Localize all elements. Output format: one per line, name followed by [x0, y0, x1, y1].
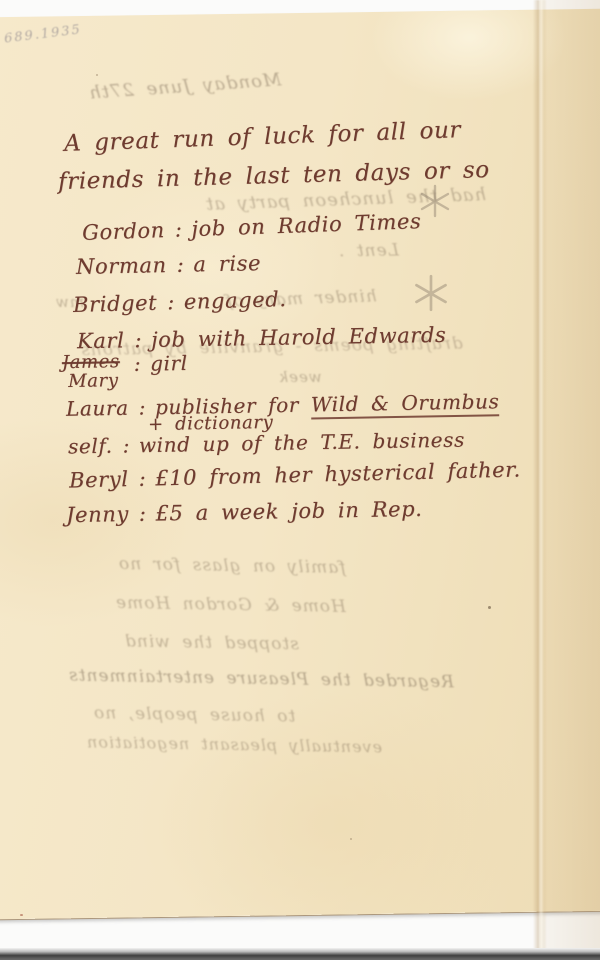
- scanner-edge-strip: [0, 948, 600, 960]
- entry-name: Beryl: [69, 467, 129, 492]
- entry-detail: a rise: [193, 251, 261, 276]
- ink-speck: [20, 914, 23, 916]
- ink-speck: [488, 606, 491, 609]
- entry-detail: engaged.: [183, 287, 286, 314]
- colon: :: [176, 253, 184, 277]
- entry-name: Karl: [77, 328, 125, 353]
- colon: :: [122, 433, 130, 457]
- entry-name-struck: James: [62, 352, 120, 372]
- colon: :: [134, 328, 142, 352]
- entry-detail: girl: [150, 351, 188, 376]
- entry-name: Laura: [66, 396, 129, 421]
- colon: :: [138, 467, 146, 491]
- entry-detail: £5 a week job in Rep.: [155, 497, 422, 526]
- colon: :: [134, 352, 142, 376]
- colon: :: [139, 502, 147, 526]
- show-through-line: stopped the wind: [124, 631, 299, 654]
- show-through-line: Lent .: [338, 240, 399, 261]
- ink-speck: [96, 74, 98, 76]
- entry-name: Norman: [76, 253, 167, 279]
- colon: :: [174, 217, 183, 241]
- entry-name: self.: [68, 434, 113, 459]
- entry-name: Mary: [68, 371, 120, 391]
- entry-detail-underlined: Wild & Orumbus: [311, 389, 500, 419]
- asterisk-icon: [418, 184, 452, 218]
- entry-name: Jenny: [66, 502, 129, 527]
- entry-detail: job with Harold Edwards: [151, 323, 447, 352]
- ink-speck: [350, 838, 352, 840]
- colon: :: [138, 395, 146, 419]
- show-through-line: Home & Gordon Home: [115, 593, 346, 617]
- entry-norman: Norman:a rise: [76, 251, 262, 279]
- colon: :: [167, 290, 175, 314]
- entry-name: Gordon: [82, 218, 165, 245]
- scanned-diary-page: 689.1935 Monday June 27th had the lunche…: [0, 0, 600, 960]
- name-correction: James Mary: [62, 352, 121, 391]
- entry-james-mary: James Mary :girl: [62, 351, 188, 391]
- page-edge-shade: [540, 0, 600, 960]
- entry-detail-wrap: :girl: [124, 351, 188, 376]
- entry-name: Bridget: [73, 291, 158, 317]
- show-through-line: family on glass for no: [118, 554, 346, 578]
- show-through-line: week: [278, 368, 322, 386]
- asterisk-icon: [412, 274, 450, 312]
- show-through-line: to house people, no: [93, 703, 296, 727]
